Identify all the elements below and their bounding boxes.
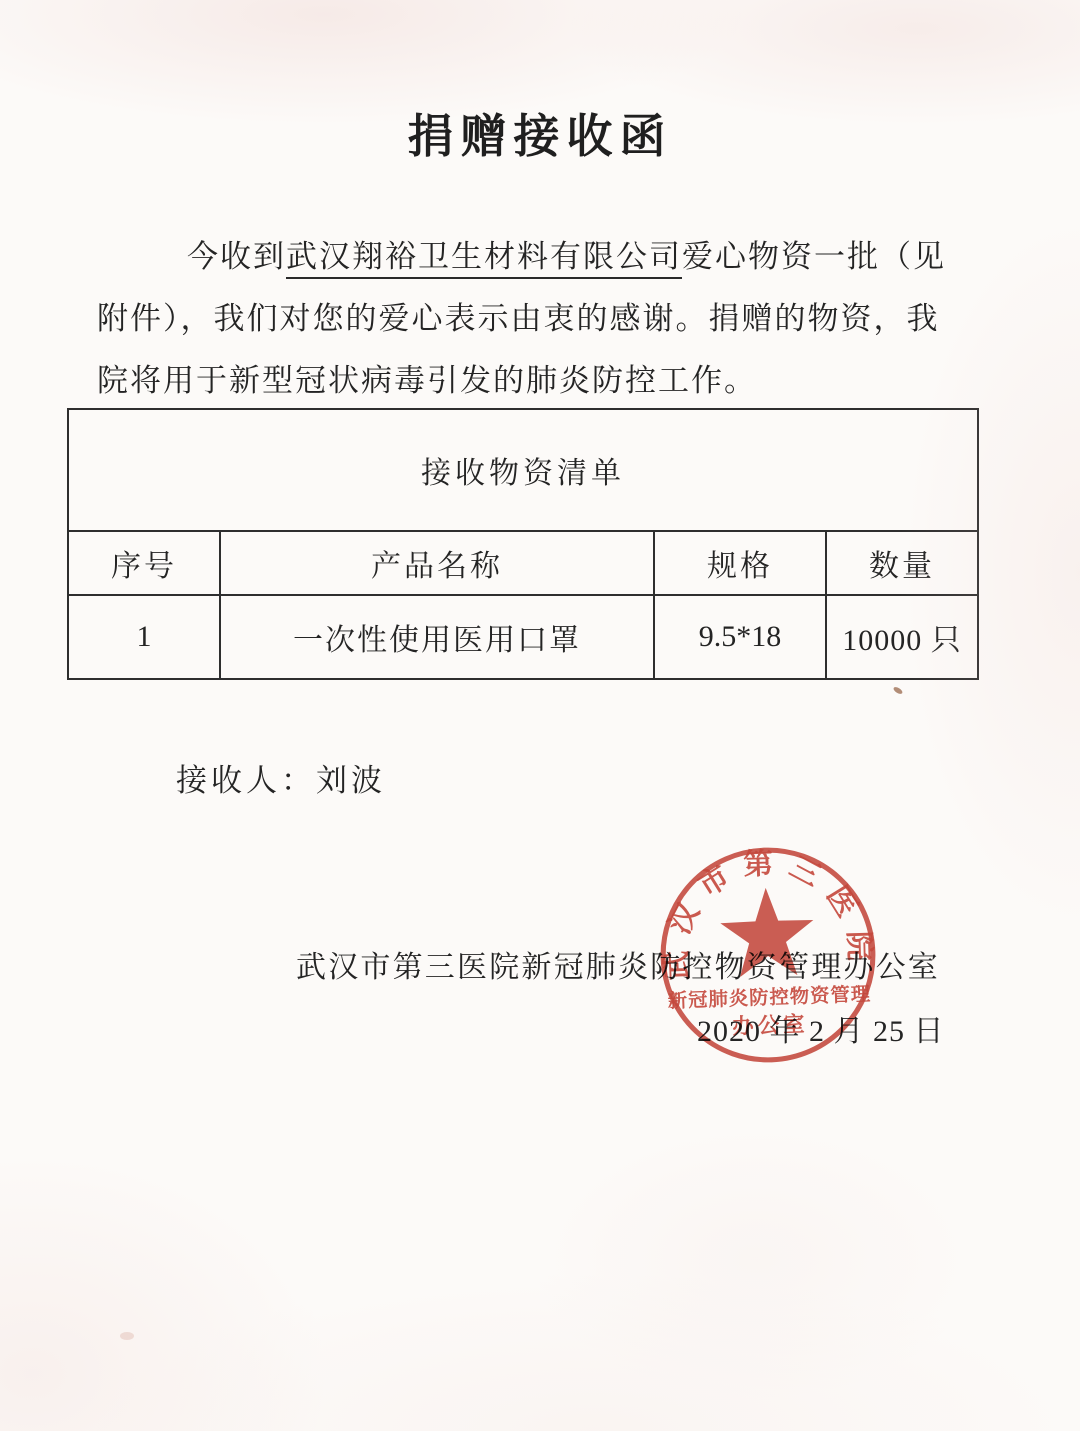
scan-speck <box>892 686 903 696</box>
line1-prefix: 今收到 <box>187 239 286 274</box>
receiver-name: 刘波 <box>316 763 386 798</box>
scan-speck <box>120 1332 134 1340</box>
header-serial-number: 序号 <box>68 531 220 595</box>
body-line-2: 附件），我们对您的爱心表示由衷的感谢。捐赠的物资，我 <box>97 288 965 350</box>
header-product-name: 产品名称 <box>220 531 654 595</box>
receiver-line: 接收人：刘波 <box>176 755 386 800</box>
body-paragraph: 今收到武汉翔裕卫生材料有限公司爱心物资一批（见 附件），我们对您的爱心表示由衷的… <box>97 226 965 412</box>
table-row: 1 一次性使用医用口罩 9.5*18 10000 只 <box>68 595 978 679</box>
official-red-stamp: 武汉市第三医院 新冠肺炎防控物资管理 办公室 <box>652 839 884 1071</box>
cell-specification: 9.5*18 <box>654 595 826 679</box>
table-caption: 接收物资清单 <box>68 409 978 531</box>
cell-serial-number: 1 <box>68 595 220 679</box>
donor-company-name: 武汉翔裕卫生材料有限公司 <box>286 239 682 279</box>
table-caption-row: 接收物资清单 <box>68 409 978 531</box>
cell-quantity: 10000 只 <box>826 595 978 679</box>
document-title: 捐赠接收函 <box>0 100 1080 166</box>
table-header-row: 序号 产品名称 规格 数量 <box>68 531 978 595</box>
stamp-star-icon <box>719 886 815 978</box>
body-line-1: 今收到武汉翔裕卫生材料有限公司爱心物资一批（见 <box>97 226 965 288</box>
stamp-inner-line2: 办公室 <box>732 1011 809 1039</box>
header-quantity: 数量 <box>826 531 978 595</box>
body-line-3: 院将用于新型冠状病毒引发的肺炎防控工作。 <box>97 350 965 412</box>
receiver-label: 接收人： <box>176 763 316 798</box>
header-specification: 规格 <box>654 531 826 595</box>
stamp-inner-line1: 新冠肺炎防控物资管理 <box>667 982 871 1012</box>
line1-suffix: 爱心物资一批（见 <box>682 239 946 274</box>
scanned-document-page: 捐赠接收函 今收到武汉翔裕卫生材料有限公司爱心物资一批（见 附件），我们对您的爱… <box>0 0 1080 1431</box>
scan-paper-texture <box>0 0 1080 1431</box>
received-supplies-table: 接收物资清单 序号 产品名称 规格 数量 1 一次性使用医用口罩 9.5*18 … <box>67 408 979 680</box>
cell-product-name: 一次性使用医用口罩 <box>220 595 654 679</box>
